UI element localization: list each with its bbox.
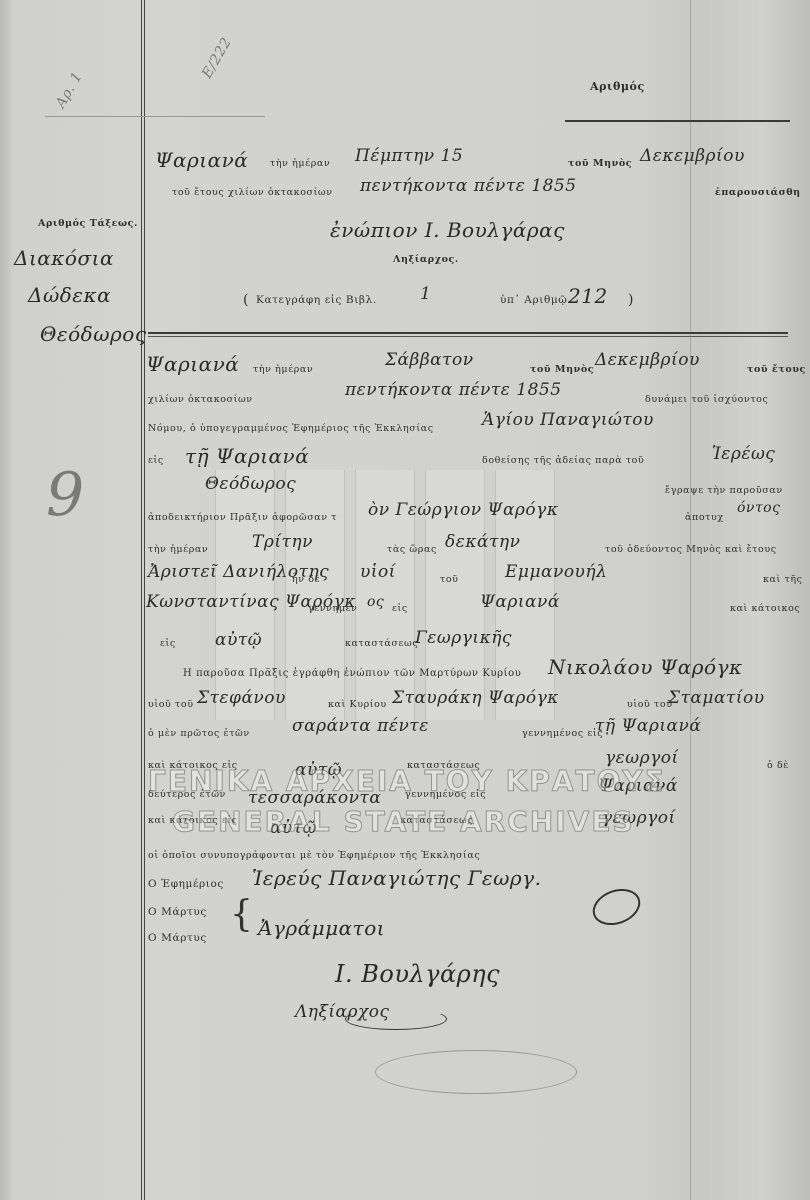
witnesses-illiterate: Ἀγράμματοι	[258, 916, 385, 940]
presentation-day-label: τὴν ἡμέραν	[270, 158, 330, 169]
bleedthrough-flourish	[375, 1050, 577, 1094]
body-hour-label: τὰς ὥρας	[387, 544, 437, 555]
registration-number-value: 212	[568, 284, 608, 308]
body-line8-label3: καὶ τῆς	[763, 574, 803, 585]
presentation-presented-label: ἐπαρουσιάσθη	[715, 187, 801, 198]
scanned-document-page: Αρ. 1 Ε/222 Αριθμός Αριθμός Τάξεως. Διακ…	[0, 0, 810, 1200]
body-status: Γεωργικῆς	[415, 628, 512, 648]
witnesses-intro-label: Η παροῦσα Πρᾶξις ἐγράφθη ἐνώπιον τῶν Μαρ…	[183, 668, 521, 679]
body-day: Σάββατον	[385, 350, 474, 370]
presentation-place: Ψαριανά	[155, 148, 248, 172]
body-line8-label: ἦν δὲ	[292, 574, 320, 585]
priest-seal-flourish	[588, 883, 646, 932]
section-divider-rule-2	[148, 336, 788, 337]
body-line9-label2: εἰς	[392, 603, 408, 614]
registration-open-paren: (	[243, 292, 249, 308]
body-line8-label2: τοῦ	[440, 574, 459, 585]
registration-book-value: 1	[420, 284, 431, 304]
registration-number-label: ὑπ᾽ Αριθμῷ	[500, 294, 567, 306]
body-line8-written: υἱοί	[360, 562, 396, 582]
body-line5-label: ἔγραψε τὴν παροῦσαν	[665, 485, 783, 496]
priest-label: Ο Ἐφημέριος	[148, 878, 224, 890]
body-year-label: τοῦ ἔτους	[747, 364, 806, 375]
order-number-written-2: Δώδεκα	[28, 283, 111, 307]
top-mark-2: Ε/222	[199, 35, 235, 81]
section-divider-rule	[148, 332, 788, 334]
body-line10-label2: καταστάσεως	[345, 638, 418, 649]
body-line4-label: εἰς	[148, 455, 164, 466]
margin-rule-left-1	[141, 0, 142, 1200]
body-line14-label3: ὁ δὲ	[767, 760, 789, 771]
body-line2-label2: δυνάμει τοῦ ἰσχύοντος	[645, 394, 768, 405]
body-line2-label: χιλίων ὀκτακοσίων	[148, 394, 253, 405]
presentation-year: πεντήκοντα πέντε 1855	[360, 176, 577, 196]
body-line9-label: γεννημέν	[308, 603, 358, 614]
right-fold-line	[690, 0, 691, 1200]
body-line10-label: εἰς	[160, 638, 176, 649]
body-line3-label: Νόμου, ὁ ὑπογεγραμμένος Ἐφημέριος τῆς Ἐκ…	[148, 423, 434, 434]
body-line13-label: ὁ μὲν πρῶτος ἐτῶν	[148, 728, 250, 739]
body-line12-label2: καὶ Κυρίου	[328, 699, 387, 710]
body-weekday: Τρίτην	[252, 532, 313, 552]
body-line9-written: ος	[367, 594, 384, 610]
body-father: Εμμανουήλ	[505, 562, 607, 582]
body-month: Δεκεμβρίου	[595, 350, 700, 370]
witness2-name: Σταυράκη Ψαρόγκ	[392, 688, 559, 708]
body-subject-name: ὸν Γεώργιον Ψαρόγκ	[368, 500, 558, 520]
top-mark-1: Αρ. 1	[53, 69, 86, 110]
body-line6-label2: ἀποτυχ	[685, 512, 724, 523]
witness-brace: {	[230, 894, 254, 935]
header-rule-left	[45, 116, 265, 117]
header-number-rule	[565, 120, 790, 122]
body-line12-label3: υἱοῦ τοῦ	[627, 699, 673, 710]
body-day-label: τὴν ἡμέραν	[253, 364, 313, 375]
body-authority: Ἱερέως	[712, 444, 775, 464]
presentation-month-label: τοῦ Μηνὸς	[568, 158, 632, 169]
witness1-birthplace: τῇ Ψαριανά	[595, 716, 701, 736]
order-number-written-3: Θεόδωρος	[40, 322, 147, 346]
body-church: Ἁγίου Παναγιώτου	[482, 410, 654, 430]
witness2-sign-label: Ο Μάρτυς	[148, 932, 207, 944]
registration-book-label: Κατεγράφη εἰς Βιβλ.	[256, 294, 377, 306]
presentation-registrar: ἐνώπιον Ι. Βουλγάρας	[330, 218, 565, 242]
archive-watermark-greek: ΓΕΝΙΚΑ ΑΡΧΕΙΑ ΤΟΥ ΚΡΑΤΟΥΣ	[148, 765, 666, 798]
body-line4-place: τῇ Ψαριανά	[185, 444, 309, 468]
body-line6-end: όντος	[737, 500, 780, 516]
registrar-signature: Ι. Βουλγάρης	[335, 960, 500, 988]
presentation-month: Δεκεμβρίου	[640, 146, 745, 166]
body-hour: δεκάτην	[445, 532, 520, 552]
margin-rule-left-2	[144, 0, 145, 1200]
body-line7-label2: τοῦ ὁδεύοντος Μηνὸς καὶ ἔτους	[605, 544, 777, 555]
body-line5-written: Θεόδωρος	[205, 474, 296, 494]
body-line10-written: αὐτῷ	[215, 630, 262, 650]
order-number-label: Αριθμός Τάξεως.	[38, 218, 138, 229]
witness1-father: Στεφάνου	[197, 688, 286, 708]
registrar-signature-flourish	[345, 1008, 447, 1030]
body-line6-label: ἀποδεικτήριον Πρᾶξιν ἀφορῶσαν τ	[148, 512, 337, 523]
order-number-written-1: Διακόσια	[14, 246, 114, 270]
body-line9-label3: καὶ κάτοικος	[730, 603, 800, 614]
body-birthplace: Ψαριανά	[480, 592, 560, 612]
priest-signature: Ἱερεύς Παναγιώτης Γεωργ.	[252, 866, 542, 890]
margin-mark: 9	[46, 460, 85, 530]
witness1-sign-label: Ο Μάρτυς	[148, 906, 207, 918]
body-line12-label: υἱοῦ τοῦ	[148, 699, 194, 710]
body-year: πεντήκοντα πέντε 1855	[345, 380, 562, 400]
witness1-age: σαράντα πέντε	[292, 716, 429, 736]
witness1-name: Νικολάου Ψαρόγκ	[548, 655, 743, 679]
header-number-label: Αριθμός	[590, 80, 645, 93]
presentation-registrar-label: Ληξίαρχος.	[393, 254, 459, 265]
body-line7-label: τὴν ἡμέραν	[148, 544, 208, 555]
witness2-father: Σταματίου	[668, 688, 765, 708]
archive-watermark-english: GENERAL STATE ARCHIVES	[172, 805, 635, 838]
body-closing-label: οἱ ὁποῖοι συνυπογράφονται μὲ τὸν Ἐφημέρι…	[148, 850, 480, 861]
presentation-day: Πέμπτην 15	[355, 146, 463, 166]
body-line13-label2: γεννημένος εἰς	[522, 728, 603, 739]
body-place: Ψαριανά	[146, 352, 239, 376]
body-line4-label2: δοθείσης τῆς ἀδείας παρὰ τοῦ	[482, 455, 644, 466]
registration-close-paren: )	[628, 292, 634, 308]
body-month-label: τοῦ Μηνὸς	[530, 364, 594, 375]
presentation-year-label: τοῦ ἔτους χιλίων ὀκτακοσίων	[172, 187, 333, 198]
